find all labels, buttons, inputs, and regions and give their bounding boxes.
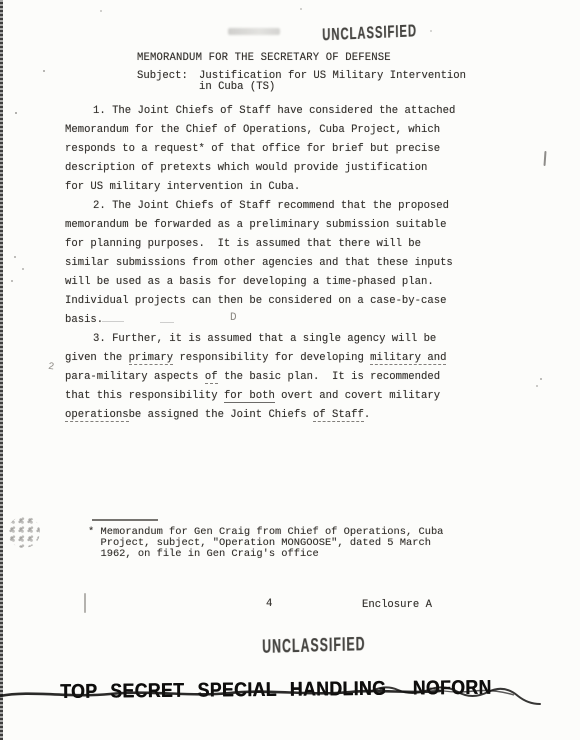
subject-label: Subject:: [137, 70, 188, 82]
pencil-vertical-mark: [84, 593, 86, 613]
scan-speck: [11, 280, 13, 282]
footnote-lines: * Memorandum for Gen Craig from Chief of…: [88, 527, 443, 559]
scan-speck: [22, 268, 24, 270]
footnote-line: 1962, on file in Gen Craig's office: [88, 549, 443, 560]
pencil-margin-mark: 2: [47, 362, 54, 374]
scan-speck: [14, 256, 16, 258]
scan-speck: [430, 30, 432, 32]
memo-line: similar submissions from other agencies …: [65, 254, 485, 273]
page-number: 4: [266, 598, 272, 610]
memo-line: for planning purposes. It is assumed tha…: [65, 235, 485, 254]
memo-heading: MEMORANDUM FOR THE SECRETARY OF DEFENSE: [137, 52, 391, 64]
subject-line-2: in Cuba (TS): [199, 81, 275, 93]
memo-line: memorandum be forwarded as a preliminary…: [65, 216, 485, 235]
memo-line: will be used as a basis for developing a…: [65, 273, 485, 292]
memo-line: para-military aspects of the basic plan.…: [65, 368, 485, 387]
memo-line: 1. The Joint Chiefs of Staff have consid…: [65, 102, 485, 121]
scan-speck: [300, 8, 302, 10]
film-edge-strip: [0, 0, 3, 740]
document-page: UNCLASSIFIED MEMORANDUM FOR THE SECRETAR…: [0, 0, 580, 740]
scan-speck: [536, 385, 538, 387]
classification-banner: TOP SECRET SPECIAL HANDLING NOFORN: [60, 677, 492, 704]
scan-speck: [100, 10, 102, 12]
pencil-dash-mark: [102, 321, 124, 322]
memo-line: for US military intervention in Cuba.: [65, 178, 485, 197]
memo-line: 2. The Joint Chiefs of Staff recommend t…: [65, 197, 485, 216]
memo-line: given the primary responsibility for dev…: [65, 349, 485, 368]
memo-line: that this responsibility for both overt …: [65, 387, 485, 406]
unclassified-stamp-top: UNCLASSIFIED: [322, 21, 417, 46]
unclassified-stamp-bottom: UNCLASSIFIED: [262, 633, 366, 658]
memo-line: responds to a request* of that office fo…: [65, 140, 485, 159]
enclosure-label: Enclosure A: [362, 599, 432, 611]
memo-line: Memorandum for the Chief of Operations, …: [65, 121, 485, 140]
memo-line: description of pretexts which would prov…: [65, 159, 485, 178]
scan-speck: [15, 112, 17, 114]
footnote-rule: [92, 519, 158, 521]
scan-speck: [540, 378, 542, 380]
memo-line: Individual projects can then be consider…: [65, 292, 485, 311]
memo-body: 1. The Joint Chiefs of Staff have consid…: [65, 102, 485, 425]
pencil-dash-mark: [160, 322, 174, 323]
edge-mark: [543, 151, 546, 166]
scan-speck: [43, 70, 45, 72]
memo-line: basis.: [65, 311, 485, 330]
scan-smudge: [8, 516, 40, 548]
faded-stamp-mark: [228, 28, 280, 35]
memo-line: operationsbe assigned the Joint Chiefs o…: [65, 406, 485, 425]
memo-line: 3. Further, it is assumed that a single …: [65, 330, 485, 349]
footnote-line: Project, subject, "Operation MONGOOSE", …: [88, 538, 443, 549]
pencil-annotation-d: D: [230, 312, 237, 324]
